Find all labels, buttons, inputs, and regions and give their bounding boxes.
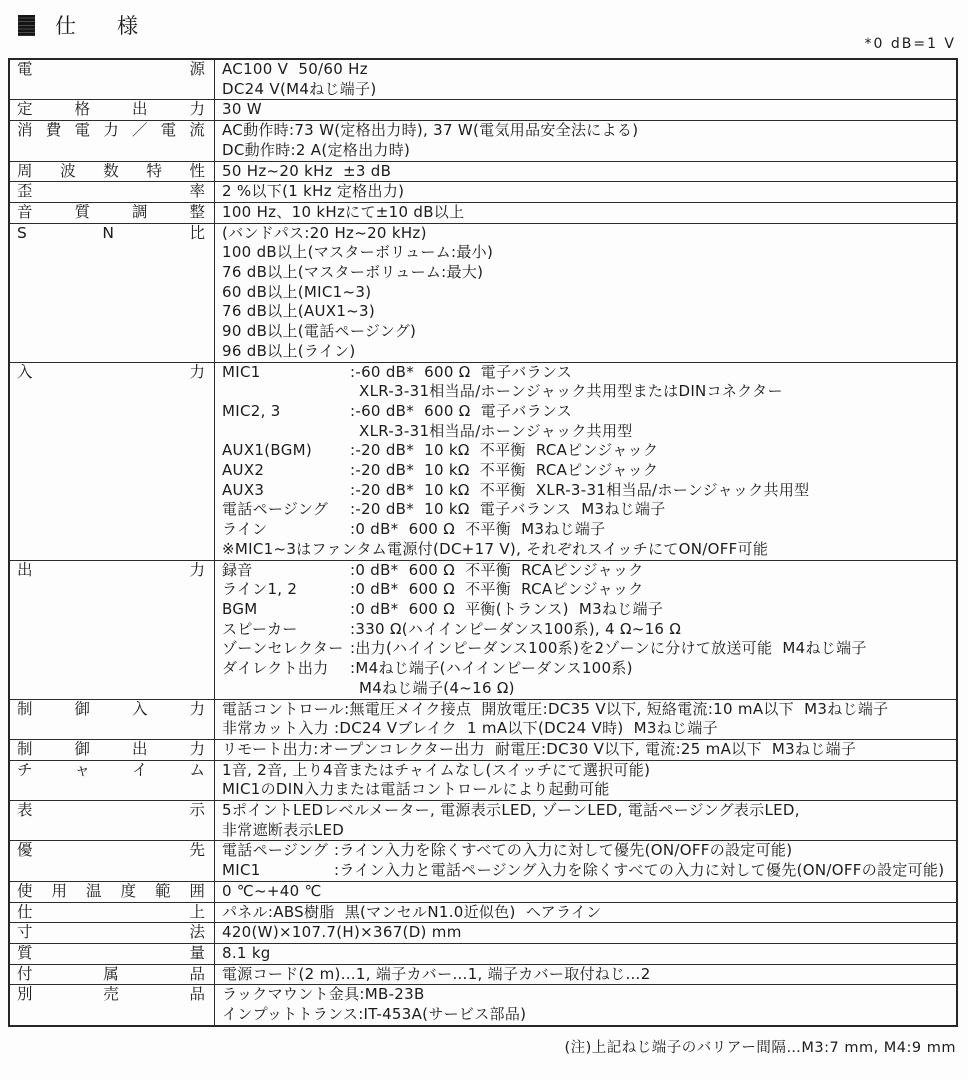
spec-line: 1音, 2音, 上り4音またはチャイムなし(スイッチにて選択可能): [222, 761, 956, 781]
spec-line: リモート出力:オープンコレクター出力 耐電圧:DC30 V以下, 電流:25 m…: [222, 740, 956, 760]
spec-label: 優先: [10, 841, 215, 880]
spec-line: スピーカー:330 Ω(ハイインピーダンス100系), 4 Ω~16 Ω: [222, 620, 956, 640]
spec-line: 420(W)×107.7(H)×367(D) mm: [222, 923, 956, 943]
spec-line: パネル:ABS樹脂 黒(マンセルN1.0近似色) ヘアライン: [222, 903, 956, 923]
spec-label: 入力: [10, 363, 215, 560]
spec-value: 8.1 kg: [215, 944, 956, 964]
output-term: ダイレクト出力: [222, 659, 350, 679]
spec-line: MIC2, 3:-60 dB* 600 Ω 電子バランス: [222, 402, 956, 422]
priority-desc: :ライン入力を除くすべての入力に対して優先(ON/OFFの設定可能): [334, 841, 792, 859]
spec-line: AC100 V 50/60 Hz: [222, 60, 956, 80]
spec-row-chime: チャイム 1音, 2音, 上り4音またはチャイムなし(スイッチにて選択可能) M…: [10, 760, 956, 800]
input-term: AUX3: [222, 481, 350, 501]
spec-row-input: 入力 MIC1:-60 dB* 600 Ω 電子バランス XLR-3-31相当品…: [10, 362, 956, 560]
spec-label: 制御入力: [10, 700, 215, 739]
spec-line: 30 W: [222, 100, 956, 120]
spec-line: XLR-3-31相当品/ホーンジャック共用型: [222, 422, 956, 442]
spec-row-output: 出力 録音:0 dB* 600 Ω 不平衡 RCAピンジャック ライン1, 2:…: [10, 560, 956, 699]
spec-row-indicator: 表示 5ポイントLEDレベルメーター, 電源表示LED, ゾーンLED, 電話ペ…: [10, 800, 956, 840]
spec-value: ラックマウント金具:MB-23B インプットトランス:IT-453A(サービス部…: [215, 985, 956, 1024]
spec-value: 420(W)×107.7(H)×367(D) mm: [215, 923, 956, 943]
spec-label: 定格出力: [10, 100, 215, 120]
spec-line: MIC1:-60 dB* 600 Ω 電子バランス: [222, 363, 956, 383]
spec-row-finish: 仕上 パネル:ABS樹脂 黒(マンセルN1.0近似色) ヘアライン: [10, 902, 956, 923]
spec-row-operating-temperature: 使用温度範囲 0 ℃~+40 ℃: [10, 881, 956, 902]
spec-label: 歪率: [10, 182, 215, 202]
spec-label: 仕上: [10, 903, 215, 923]
output-desc: :0 dB* 600 Ω 不平衡 RCAピンジャック: [350, 561, 644, 579]
spec-label: 電源: [10, 60, 215, 99]
spec-line: 100 dB以上(マスターボリューム:最小): [222, 243, 956, 263]
spec-row-distortion: 歪率 2 %以下(1 kHz 定格出力): [10, 181, 956, 202]
spec-line: 0 ℃~+40 ℃: [222, 882, 956, 902]
spec-row-power-source: 電源 AC100 V 50/60 Hz DC24 V(M4ねじ端子): [10, 60, 956, 99]
input-desc: :-20 dB* 10 kΩ 不平衡 XLR-3-31相当品/ホーンジャック共用…: [350, 481, 809, 499]
output-term: ゾーンセレクター: [222, 639, 350, 659]
output-desc: :330 Ω(ハイインピーダンス100系), 4 Ω~16 Ω: [350, 620, 681, 638]
spec-value: 電話ページング:ライン入力を除くすべての入力に対して優先(ON/OFFの設定可能…: [215, 841, 956, 880]
spec-row-frequency-response: 周波数特性 50 Hz~20 kHz ±3 dB: [10, 161, 956, 182]
spec-label: 制御出力: [10, 740, 215, 760]
spec-sheet-page: 仕 様 *0 dB=1 V 電源 AC100 V 50/60 Hz DC24 V…: [0, 0, 968, 1080]
input-desc: :0 dB* 600 Ω 不平衡 M3ねじ端子: [350, 520, 605, 538]
spec-label: 寸法: [10, 923, 215, 943]
section-marker-icon: [18, 15, 35, 36]
spec-line: 60 dB以上(MIC1~3): [222, 283, 956, 303]
spec-row-rated-output: 定格出力 30 W: [10, 99, 956, 120]
spec-line: M4ねじ端子(4~16 Ω): [222, 679, 956, 699]
spec-row-optional: 別売品 ラックマウント金具:MB-23B インプットトランス:IT-453A(サ…: [10, 984, 956, 1024]
spec-line: AC動作時:73 W(定格出力時), 37 W(電気用品安全法による): [222, 121, 956, 141]
input-desc: :-20 dB* 10 kΩ 電子バランス M3ねじ端子: [350, 500, 666, 518]
terminal-barrier-footnote: (注)上記ねじ端子のバリアー間隔…M3:7 mm, M4:9 mm: [564, 1036, 956, 1057]
spec-value: リモート出力:オープンコレクター出力 耐電圧:DC30 V以下, 電流:25 m…: [215, 740, 956, 760]
spec-row-control-input: 制御入力 電話コントロール:無電圧メイク接点 開放電圧:DC35 V以下, 短絡…: [10, 699, 956, 739]
spec-line: (バンドパス:20 Hz~20 kHz): [222, 224, 956, 244]
input-desc: :-20 dB* 10 kΩ 不平衡 RCAピンジャック: [350, 441, 658, 459]
spec-value: 100 Hz、10 kHzにて±10 dB以上: [215, 203, 956, 223]
spec-line: 電話ページング:ライン入力を除くすべての入力に対して優先(ON/OFFの設定可能…: [222, 841, 956, 861]
spec-line: MIC1のDIN入力または電話コントロールにより起動可能: [222, 780, 956, 800]
priority-term: MIC1: [222, 861, 334, 881]
spec-line: XLR-3-31相当品/ホーンジャック共用型またはDINコネクター: [222, 382, 956, 402]
spec-label: チャイム: [10, 761, 215, 800]
input-desc: :-60 dB* 600 Ω 電子バランス: [350, 402, 572, 420]
spec-line: 非常カット入力 :DC24 Vブレイク 1 mA以下(DC24 V時) M3ねじ…: [222, 719, 956, 739]
page-title: 仕 様: [55, 10, 148, 40]
output-term: BGM: [222, 600, 350, 620]
spec-label: SN比: [10, 224, 215, 362]
priority-desc: :ライン入力と電話ページング入力を除くすべての入力に対して優先(ON/OFFの設…: [334, 861, 944, 879]
spec-row-tone-control: 音質調整 100 Hz、10 kHzにて±10 dB以上: [10, 202, 956, 223]
spec-line: 76 dB以上(AUX1~3): [222, 302, 956, 322]
spec-value: 5ポイントLEDレベルメーター, 電源表示LED, ゾーンLED, 電話ページン…: [215, 801, 956, 840]
output-term: ライン1, 2: [222, 580, 350, 600]
spec-label: 表示: [10, 801, 215, 840]
spec-label: 消費電力／電流: [10, 121, 215, 160]
input-term: AUX1(BGM): [222, 441, 350, 461]
spec-label: 使用温度範囲: [10, 882, 215, 902]
spec-line: DC動作時:2 A(定格出力時): [222, 141, 956, 161]
spec-row-dimensions: 寸法 420(W)×107.7(H)×367(D) mm: [10, 922, 956, 943]
spec-value: AC動作時:73 W(定格出力時), 37 W(電気用品安全法による) DC動作…: [215, 121, 956, 160]
spec-value: 50 Hz~20 kHz ±3 dB: [215, 162, 956, 182]
output-desc: :M4ねじ端子(ハイインピーダンス100系): [350, 659, 633, 677]
priority-term: 電話ページング: [222, 841, 334, 861]
spec-row-weight: 質量 8.1 kg: [10, 943, 956, 964]
spec-line: 2 %以下(1 kHz 定格出力): [222, 182, 956, 202]
input-term: 電話ページング: [222, 500, 350, 520]
spec-row-accessories: 付属品 電源コード(2 m)…1, 端子カバー…1, 端子カバー取付ねじ…2: [10, 964, 956, 985]
spec-line: AUX3:-20 dB* 10 kΩ 不平衡 XLR-3-31相当品/ホーンジャ…: [222, 481, 956, 501]
spec-line: ダイレクト出力:M4ねじ端子(ハイインピーダンス100系): [222, 659, 956, 679]
spec-value: 電源コード(2 m)…1, 端子カバー…1, 端子カバー取付ねじ…2: [215, 965, 956, 985]
spec-value: (バンドパス:20 Hz~20 kHz) 100 dB以上(マスターボリューム:…: [215, 224, 956, 362]
input-term: MIC2, 3: [222, 402, 350, 422]
spec-line: AUX1(BGM):-20 dB* 10 kΩ 不平衡 RCAピンジャック: [222, 441, 956, 461]
output-desc: :0 dB* 600 Ω 不平衡 RCAピンジャック: [350, 580, 644, 598]
phantom-power-note: ※MIC1~3はファンタム電源付(DC+17 V), それぞれスイッチにてON/…: [222, 540, 956, 560]
spec-value: 30 W: [215, 100, 956, 120]
spec-line: 電話ページング:-20 dB* 10 kΩ 電子バランス M3ねじ端子: [222, 500, 956, 520]
spec-value: 1音, 2音, 上り4音またはチャイムなし(スイッチにて選択可能) MIC1のD…: [215, 761, 956, 800]
spec-line: ゾーンセレクター:出力(ハイインピーダンス100系)を2ゾーンに分けて放送可能 …: [222, 639, 956, 659]
spec-line: MIC1:ライン入力と電話ページング入力を除くすべての入力に対して優先(ON/O…: [222, 861, 956, 881]
spec-label: 別売品: [10, 985, 215, 1024]
reference-level-note: *0 dB=1 V: [864, 36, 956, 52]
spec-value: MIC1:-60 dB* 600 Ω 電子バランス XLR-3-31相当品/ホー…: [215, 363, 956, 560]
input-desc: :-20 dB* 10 kΩ 不平衡 RCAピンジャック: [350, 461, 658, 479]
spec-line: AUX2:-20 dB* 10 kΩ 不平衡 RCAピンジャック: [222, 461, 956, 481]
spec-line: 90 dB以上(電話ページング): [222, 322, 956, 342]
spec-row-sn-ratio: SN比 (バンドパス:20 Hz~20 kHz) 100 dB以上(マスターボリ…: [10, 223, 956, 362]
spec-value: 2 %以下(1 kHz 定格出力): [215, 182, 956, 202]
spec-line: 非常遮断表示LED: [222, 821, 956, 841]
output-term: 録音: [222, 561, 350, 581]
spec-label: 音質調整: [10, 203, 215, 223]
input-desc: :-60 dB* 600 Ω 電子バランス: [350, 363, 572, 381]
spec-line: 録音:0 dB* 600 Ω 不平衡 RCAピンジャック: [222, 561, 956, 581]
output-desc: :出力(ハイインピーダンス100系)を2ゾーンに分けて放送可能 M4ねじ端子: [350, 639, 867, 657]
spec-value: AC100 V 50/60 Hz DC24 V(M4ねじ端子): [215, 60, 956, 99]
spec-line: ラックマウント金具:MB-23B: [222, 985, 956, 1005]
input-term: MIC1: [222, 363, 350, 383]
spec-label: 質量: [10, 944, 215, 964]
spec-label: 出力: [10, 561, 215, 699]
spec-line: 76 dB以上(マスターボリューム:最大): [222, 263, 956, 283]
spec-value: パネル:ABS樹脂 黒(マンセルN1.0近似色) ヘアライン: [215, 903, 956, 923]
section-title: 仕 様: [18, 10, 148, 40]
spec-row-priority: 優先 電話ページング:ライン入力を除くすべての入力に対して優先(ON/OFFの設…: [10, 840, 956, 880]
spec-line: DC24 V(M4ねじ端子): [222, 80, 956, 100]
spec-value: 電話コントロール:無電圧メイク接点 開放電圧:DC35 V以下, 短絡電流:10…: [215, 700, 956, 739]
spec-line: 電源コード(2 m)…1, 端子カバー…1, 端子カバー取付ねじ…2: [222, 965, 956, 985]
spec-value: 0 ℃~+40 ℃: [215, 882, 956, 902]
spec-line: インプットトランス:IT-453A(サービス部品): [222, 1005, 956, 1025]
spec-line: 96 dB以上(ライン): [222, 342, 956, 362]
spec-line: ライン:0 dB* 600 Ω 不平衡 M3ねじ端子: [222, 520, 956, 540]
input-term: ライン: [222, 520, 350, 540]
spec-line: 5ポイントLEDレベルメーター, 電源表示LED, ゾーンLED, 電話ページン…: [222, 801, 956, 821]
input-term: AUX2: [222, 461, 350, 481]
output-desc: :0 dB* 600 Ω 平衡(トランス) M3ねじ端子: [350, 600, 663, 618]
spec-line: 50 Hz~20 kHz ±3 dB: [222, 162, 956, 182]
spec-line: BGM:0 dB* 600 Ω 平衡(トランス) M3ねじ端子: [222, 600, 956, 620]
spec-label: 周波数特性: [10, 162, 215, 182]
spec-row-control-output: 制御出力 リモート出力:オープンコレクター出力 耐電圧:DC30 V以下, 電流…: [10, 739, 956, 760]
spec-row-power-consumption: 消費電力／電流 AC動作時:73 W(定格出力時), 37 W(電気用品安全法に…: [10, 120, 956, 160]
spec-line: 電話コントロール:無電圧メイク接点 開放電圧:DC35 V以下, 短絡電流:10…: [222, 700, 956, 720]
spec-table: 電源 AC100 V 50/60 Hz DC24 V(M4ねじ端子) 定格出力 …: [8, 58, 958, 1027]
spec-line: 100 Hz、10 kHzにて±10 dB以上: [222, 203, 956, 223]
spec-line: ライン1, 2:0 dB* 600 Ω 不平衡 RCAピンジャック: [222, 580, 956, 600]
spec-line: 8.1 kg: [222, 944, 956, 964]
spec-label: 付属品: [10, 965, 215, 985]
spec-value: 録音:0 dB* 600 Ω 不平衡 RCAピンジャック ライン1, 2:0 d…: [215, 561, 956, 699]
output-term: スピーカー: [222, 620, 350, 640]
